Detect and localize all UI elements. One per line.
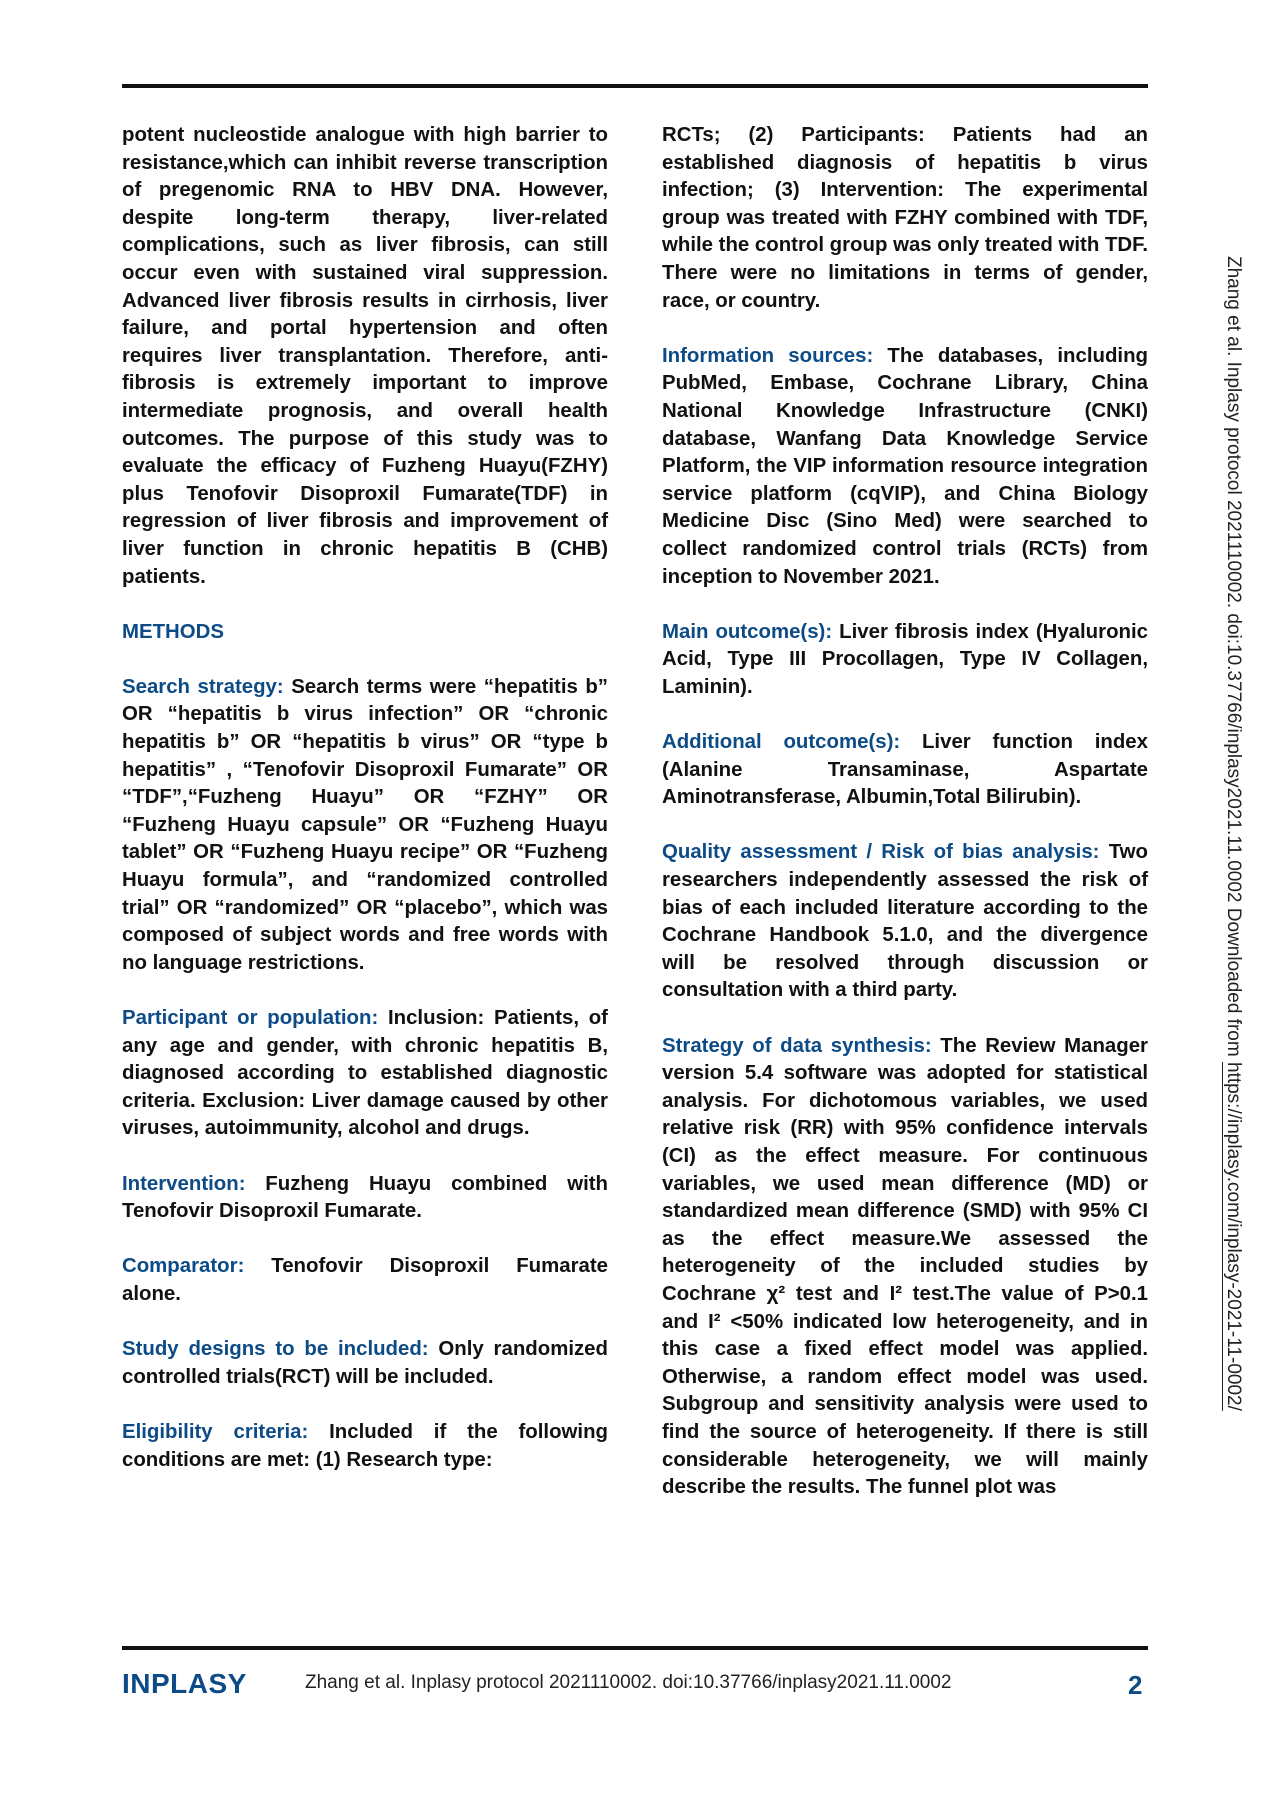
section-heading: Information sources: xyxy=(662,345,873,367)
section-body: Search terms were “hepatitis b” OR “hepa… xyxy=(122,676,608,974)
section-body: Two researchers independently assessed t… xyxy=(662,841,1148,1001)
section-heading: Quality assessment / Risk of bias analys… xyxy=(662,841,1099,863)
section-heading: Intervention: xyxy=(122,1173,245,1195)
section-main-outcomes: Main outcome(s): Liver fibrosis index (H… xyxy=(662,619,1148,702)
section-search-strategy: Search strategy: Search terms were “hepa… xyxy=(122,674,608,978)
section-heading: Comparator: xyxy=(122,1255,244,1277)
download-link[interactable]: https://inplasy.com/inplasy-2021-11-0002… xyxy=(1223,1062,1244,1411)
section-comparator: Comparator: Tenofovir Disoproxil Fumarat… xyxy=(122,1253,608,1308)
eligibility-continued-paragraph: RCTs; (2) Participants: Patients had an … xyxy=(662,122,1148,315)
section-data-synthesis: Strategy of data synthesis: The Review M… xyxy=(662,1033,1148,1502)
header-rule xyxy=(122,84,1148,88)
section-information-sources: Information sources: The databases, incl… xyxy=(662,343,1148,591)
section-heading: Study designs to be included: xyxy=(122,1338,429,1360)
footer-rule xyxy=(122,1646,1148,1650)
section-heading: Participant or population: xyxy=(122,1007,378,1029)
section-heading: Main outcome(s): xyxy=(662,621,832,643)
methods-heading: METHODS xyxy=(122,619,608,647)
intro-continued-paragraph: potent nucleostide analogue with high ba… xyxy=(122,122,608,591)
section-heading: Additional outcome(s): xyxy=(662,731,900,753)
section-participant: Participant or population: Inclusion: Pa… xyxy=(122,1005,608,1143)
side-margin-text: Zhang et al. Inplasy protocol 2021110002… xyxy=(1223,256,1244,1062)
section-body: The Review Manager version 5.4 software … xyxy=(662,1035,1148,1499)
footer-brand-logo: INPLASY xyxy=(122,1668,247,1700)
section-quality-assessment: Quality assessment / Risk of bias analys… xyxy=(662,839,1148,1005)
section-heading: Strategy of data synthesis: xyxy=(662,1035,932,1057)
section-additional-outcomes: Additional outcome(s): Liver function in… xyxy=(662,729,1148,812)
section-eligibility: Eligibility criteria: Included if the fo… xyxy=(122,1419,608,1474)
section-body: The databases, including PubMed, Embase,… xyxy=(662,345,1148,588)
side-margin-citation: Zhang et al. Inplasy protocol 2021110002… xyxy=(1222,256,1244,1411)
section-heading: Eligibility criteria: xyxy=(122,1421,308,1443)
left-column: potent nucleostide analogue with high ba… xyxy=(122,122,608,1474)
right-column: RCTs; (2) Participants: Patients had an … xyxy=(662,122,1148,1502)
page-number: 2 xyxy=(1128,1670,1142,1701)
section-study-designs: Study designs to be included: Only rando… xyxy=(122,1336,608,1391)
section-heading: Search strategy: xyxy=(122,676,284,698)
footer-citation: Zhang et al. Inplasy protocol 2021110002… xyxy=(305,1672,952,1694)
section-intervention: Intervention: Fuzheng Huayu combined wit… xyxy=(122,1171,608,1226)
